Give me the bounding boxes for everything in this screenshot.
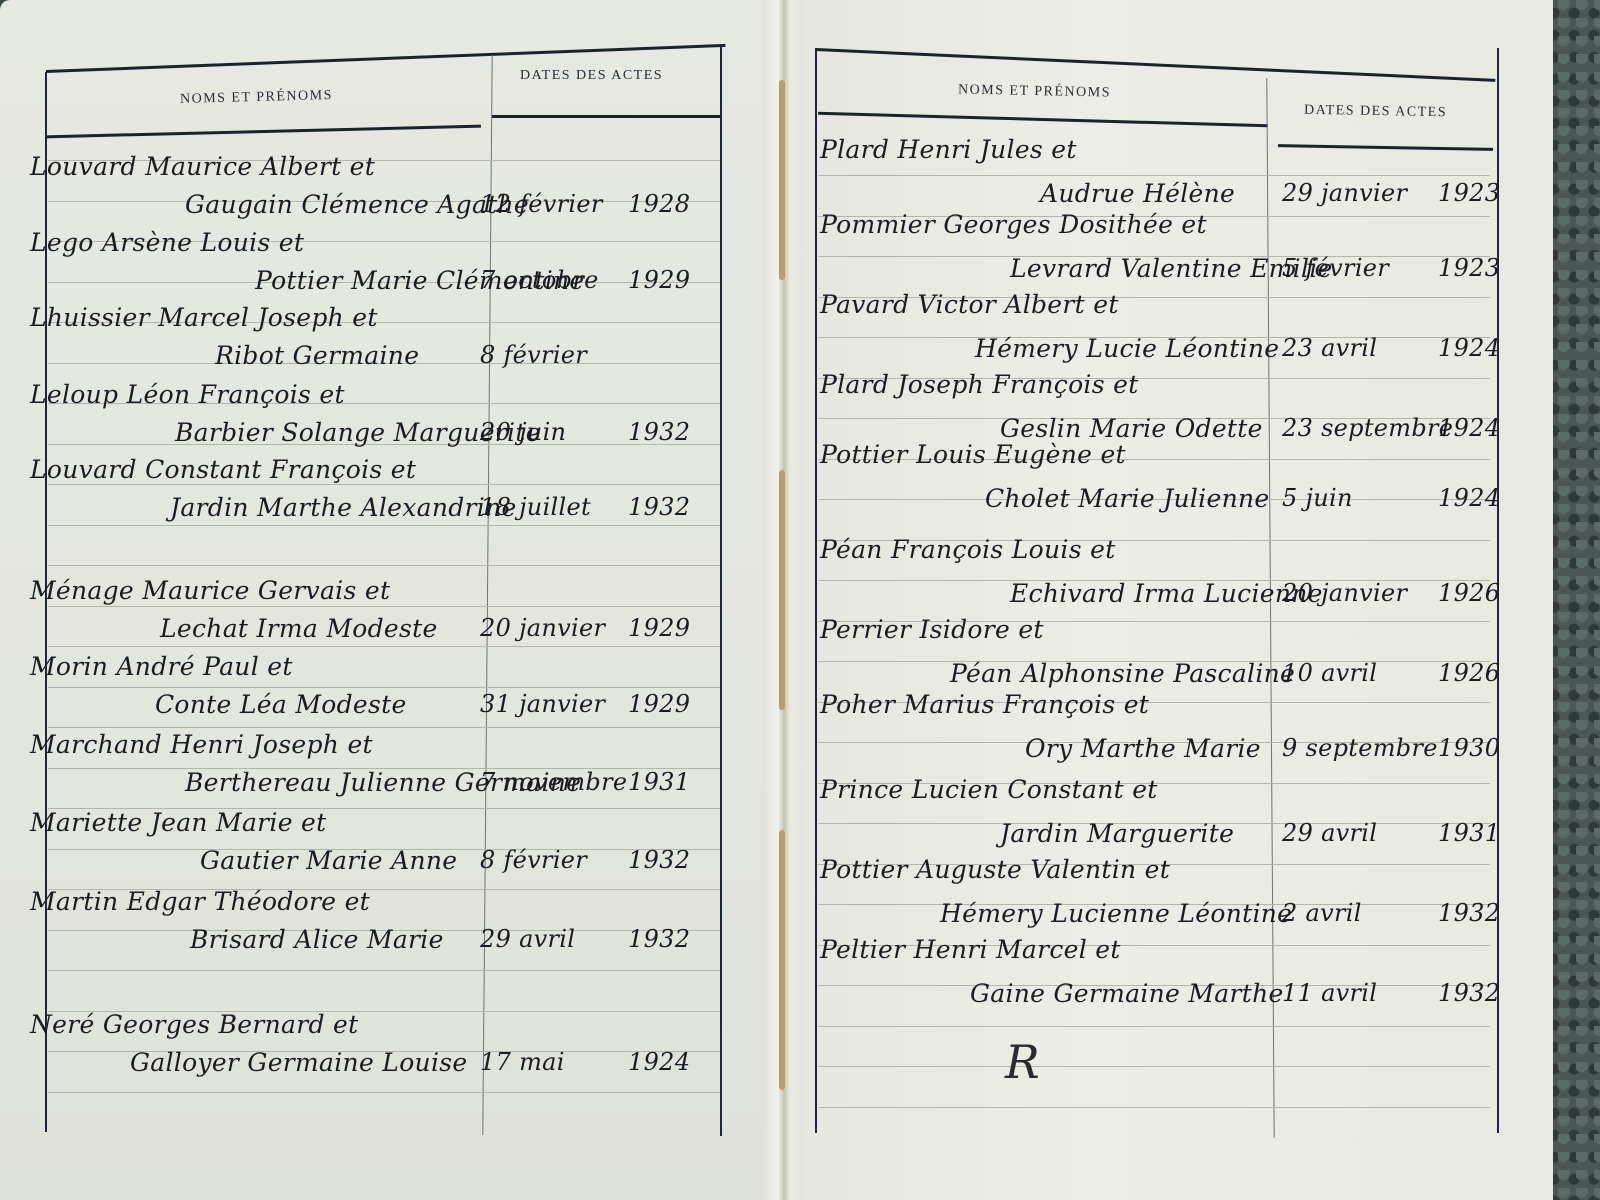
groom-name: Peltier Henri Marcel et bbox=[820, 935, 1121, 964]
ruled-line bbox=[48, 1092, 720, 1093]
ruled-line bbox=[48, 687, 720, 688]
ruled-line bbox=[48, 727, 720, 728]
bride-name: Ory Marthe Marie bbox=[1025, 734, 1261, 763]
bride-name: Hémery Lucie Léontine bbox=[975, 334, 1279, 363]
act-year: 1929 bbox=[628, 614, 690, 642]
act-day-month: 5 février bbox=[1282, 254, 1389, 282]
groom-name: Pottier Louis Eugène et bbox=[820, 440, 1126, 469]
bride-name: Cholet Marie Julienne bbox=[985, 484, 1269, 513]
ruled-line bbox=[818, 1026, 1490, 1027]
act-year: 1924 bbox=[1438, 414, 1500, 442]
act-year: 1928 bbox=[628, 190, 690, 218]
act-year: 1923 bbox=[1438, 254, 1500, 282]
groom-name: Louvard Maurice Albert et bbox=[30, 152, 375, 181]
column-header-dates: DATES DES ACTES bbox=[520, 68, 663, 84]
binding-thread bbox=[779, 830, 785, 1090]
act-day-month: 8 février bbox=[480, 341, 587, 369]
ruled-line bbox=[48, 970, 720, 971]
ruled-line bbox=[48, 484, 720, 485]
groom-name: Pottier Auguste Valentin et bbox=[820, 855, 1170, 884]
table-frame-right bbox=[720, 46, 722, 1136]
act-year: 1929 bbox=[628, 690, 690, 718]
act-day-month: 9 septembre bbox=[1282, 734, 1438, 762]
groom-name: Louvard Constant François et bbox=[30, 455, 416, 484]
bride-name: Ribot Germaine bbox=[215, 341, 419, 370]
bride-name: Echivard Irma Lucienne bbox=[1010, 579, 1323, 608]
bride-name: Hémery Lucienne Léontine bbox=[940, 899, 1292, 928]
bride-name: Gaine Germaine Marthe bbox=[970, 979, 1284, 1008]
act-year: 1932 bbox=[1438, 979, 1500, 1007]
groom-name: Prince Lucien Constant et bbox=[820, 775, 1158, 804]
act-day-month: 20 janvier bbox=[1282, 579, 1407, 607]
bride-name: Audrue Hélène bbox=[1040, 179, 1235, 208]
groom-name: Lhuissier Marcel Joseph et bbox=[30, 303, 378, 332]
act-year: 1926 bbox=[1438, 659, 1500, 687]
act-year: 1931 bbox=[628, 768, 690, 796]
act-day-month: 18 juillet bbox=[480, 493, 591, 521]
binding-thread bbox=[779, 80, 785, 280]
groom-name: Plard Joseph François et bbox=[820, 370, 1139, 399]
groom-name: Ménage Maurice Gervais et bbox=[30, 576, 390, 605]
ruled-line bbox=[48, 525, 720, 526]
header-bottom-rule bbox=[492, 115, 720, 118]
bride-name: Galloyer Germaine Louise bbox=[130, 1048, 467, 1077]
act-day-month: 12 février bbox=[480, 190, 603, 218]
column-header-names: NOMS ET PRÉNOMS bbox=[958, 82, 1111, 101]
groom-name: Leloup Léon François et bbox=[30, 380, 345, 409]
act-day-month: 29 janvier bbox=[1282, 179, 1407, 207]
groom-name: Péan François Louis et bbox=[820, 535, 1116, 564]
act-year: 1932 bbox=[628, 846, 690, 874]
ruled-line bbox=[818, 1107, 1490, 1108]
act-year: 1926 bbox=[1438, 579, 1500, 607]
bride-name: Lechat Irma Modeste bbox=[160, 614, 438, 643]
act-day-month: 11 avril bbox=[1282, 979, 1377, 1007]
act-year: 1932 bbox=[628, 493, 690, 521]
groom-name: Marchand Henri Joseph et bbox=[30, 730, 373, 759]
bride-name: Brisard Alice Marie bbox=[190, 925, 444, 954]
groom-name: Poher Marius François et bbox=[820, 690, 1149, 719]
act-year: 1923 bbox=[1438, 179, 1500, 207]
bride-name: Jardin Marthe Alexandrine bbox=[170, 493, 517, 522]
ruled-line bbox=[48, 646, 720, 647]
act-year: 1924 bbox=[1438, 484, 1500, 512]
act-year: 1932 bbox=[1438, 899, 1500, 927]
bride-name: Jardin Marguerite bbox=[1000, 819, 1234, 848]
groom-name: Pommier Georges Dosithée et bbox=[820, 210, 1207, 239]
bride-name: Péan Alphonsine Pascaline bbox=[950, 659, 1295, 688]
act-year: 1924 bbox=[628, 1048, 690, 1076]
groom-name: Morin André Paul et bbox=[30, 652, 293, 681]
ruled-line bbox=[818, 175, 1490, 176]
act-day-month: 29 avril bbox=[1282, 819, 1377, 847]
act-day-month: 31 janvier bbox=[480, 690, 605, 718]
act-day-month: 7 novembre bbox=[480, 768, 627, 796]
act-year: 1924 bbox=[1438, 334, 1500, 362]
act-day-month: 7 octobre bbox=[480, 266, 599, 294]
act-year: 1931 bbox=[1438, 819, 1500, 847]
groom-name: Neré Georges Bernard et bbox=[30, 1010, 358, 1039]
binding-thread bbox=[779, 470, 785, 710]
ruled-line bbox=[48, 606, 720, 607]
act-day-month: 23 septembre bbox=[1282, 414, 1453, 442]
groom-name: Martin Edgar Théodore et bbox=[30, 887, 370, 916]
groom-name: Perrier Isidore et bbox=[820, 615, 1044, 644]
groom-name: Pavard Victor Albert et bbox=[820, 290, 1119, 319]
groom-name: Plard Henri Jules et bbox=[820, 135, 1077, 164]
groom-name: Lego Arsène Louis et bbox=[30, 228, 304, 257]
bride-name: Geslin Marie Odette bbox=[1000, 414, 1263, 443]
groom-name: Mariette Jean Marie et bbox=[30, 808, 326, 837]
act-day-month: 23 avril bbox=[1282, 334, 1377, 362]
bride-name: Conte Léa Modeste bbox=[155, 690, 407, 719]
act-day-month: 2 avril bbox=[1282, 899, 1362, 927]
act-year: 1932 bbox=[628, 925, 690, 953]
act-day-month: 17 mai bbox=[480, 1048, 565, 1076]
ruled-line bbox=[818, 1066, 1490, 1067]
act-day-month: 29 avril bbox=[480, 925, 575, 953]
act-day-month: 20 janvier bbox=[480, 614, 605, 642]
bride-name: Gaugain Clémence Agathe bbox=[185, 190, 529, 219]
ruled-line bbox=[48, 565, 720, 566]
act-day-month: 20 juin bbox=[480, 418, 566, 446]
column-header-dates: DATES DES ACTES bbox=[1304, 103, 1447, 121]
act-year: 1930 bbox=[1438, 734, 1500, 762]
closing-initial-mark: R bbox=[1005, 1035, 1040, 1089]
act-day-month: 10 avril bbox=[1282, 659, 1377, 687]
act-day-month: 5 juin bbox=[1282, 484, 1353, 512]
act-day-month: 8 février bbox=[480, 846, 587, 874]
bride-name: Gautier Marie Anne bbox=[200, 846, 457, 875]
act-year: 1929 bbox=[628, 266, 690, 294]
act-year: 1932 bbox=[628, 418, 690, 446]
